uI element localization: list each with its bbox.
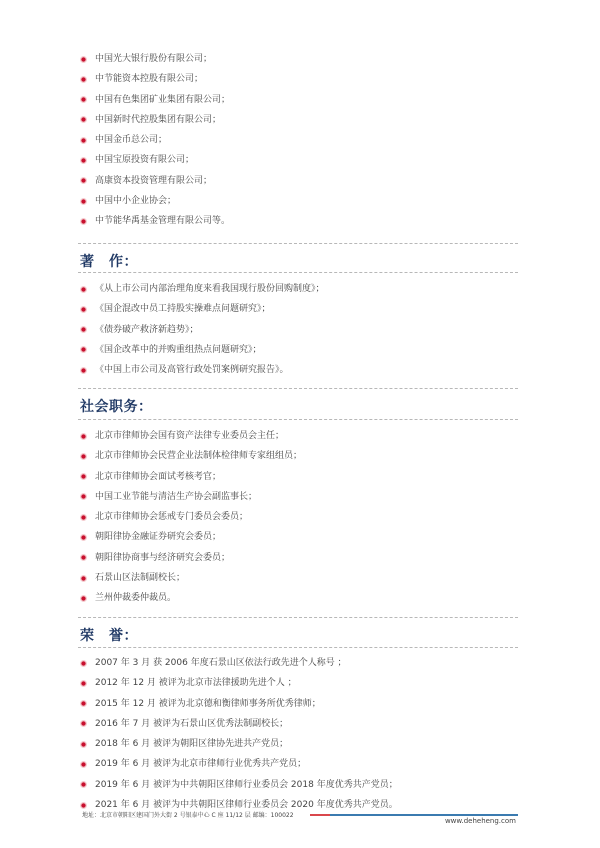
bullet-icon <box>80 306 87 313</box>
list-item: 2007 年 3 月 获 2006 年度石景山区依法行政先进个人称号 ； <box>80 653 398 673</box>
list-item: 高康资本投资管理有限公司； <box>80 171 230 191</box>
bullet-icon <box>80 177 87 184</box>
bullet-icon <box>80 493 87 500</box>
list-item: 北京市律师协会面试考核考官； <box>80 467 302 487</box>
footer-address: 地址：北京市朝阳区建国门外大街 2 号银泰中心 C 座 11/12 层 邮编：1… <box>82 810 294 819</box>
footer-accent-line-red <box>310 814 330 816</box>
list-item: 朝阳律协金融证券研究会委员； <box>80 527 302 547</box>
list-item: 中国光大银行股份有限公司； <box>80 49 230 69</box>
bullet-icon <box>80 514 87 521</box>
clients-list: 中国光大银行股份有限公司； 中节能资本控股有限公司； 中国有色集团矿业集团有限公… <box>80 49 230 232</box>
list-item: 《中国上市公司及高管行政处罚案例研究报告》。 <box>80 360 325 380</box>
bullet-icon <box>80 534 87 541</box>
bullet-icon <box>80 76 87 83</box>
bullet-icon <box>80 218 87 225</box>
list-item: 2019 年 6 月 被评为中共朝阳区律师行业委员会 2018 年度优秀共产党员… <box>80 775 398 795</box>
bullet-icon <box>80 137 87 144</box>
list-item: 中国中小企业协会； <box>80 191 230 211</box>
list-item: 2018 年 6 月 被评为朝阳区律协先进共产党员； <box>80 734 398 754</box>
list-item: 《债券破产救济新趋势》； <box>80 320 325 340</box>
section-divider <box>78 617 518 618</box>
bullet-icon <box>80 96 87 103</box>
footer-accent-line-blue <box>330 814 518 816</box>
list-item: 《从上市公司内部治理角度来看我国现行股份回购制度》； <box>80 279 325 299</box>
social-positions-list: 北京市律师协会国有资产法律专业委员会主任； 北京市律师协会民营企业法制体检律师专… <box>80 426 302 609</box>
list-item: 兰州仲裁委仲裁员。 <box>80 588 302 608</box>
bullet-icon <box>80 741 87 748</box>
list-item: 中国有色集团矿业集团有限公司； <box>80 90 230 110</box>
bullet-icon <box>80 680 87 687</box>
resume-page: 中国光大银行股份有限公司； 中节能资本控股有限公司； 中国有色集团矿业集团有限公… <box>0 0 600 848</box>
bullet-icon <box>80 575 87 582</box>
social-positions-heading: 社会职务： <box>80 396 153 416</box>
footer-website-link[interactable]: www.deheheng.com <box>445 817 516 825</box>
bullet-icon <box>80 116 87 123</box>
bullet-icon <box>80 367 87 374</box>
bullet-icon <box>80 326 87 333</box>
list-item: 石景山区法制副校长； <box>80 568 302 588</box>
honors-list: 2007 年 3 月 获 2006 年度石景山区依法行政先进个人称号 ； 201… <box>80 653 398 815</box>
list-item: 《国企改革中的并购重组热点问题研究》； <box>80 340 325 360</box>
list-item: 北京市律师协会国有资产法律专业委员会主任； <box>80 426 302 446</box>
publications-list: 《从上市公司内部治理角度来看我国现行股份回购制度》； 《国企混改中员工持股实操难… <box>80 279 325 380</box>
list-item: 中节能资本控股有限公司； <box>80 69 230 89</box>
list-item: 2015 年 12 月 被评为北京德和衡律师事务所优秀律师； <box>80 694 398 714</box>
bullet-icon <box>80 595 87 602</box>
section-divider <box>78 419 518 420</box>
bullet-icon <box>80 433 87 440</box>
honors-heading: 荣 誉： <box>80 625 138 645</box>
list-item: 北京市律师协会民营企业法制体检律师专家组组员； <box>80 446 302 466</box>
bullet-icon <box>80 761 87 768</box>
section-divider <box>78 647 518 648</box>
bullet-icon <box>80 346 87 353</box>
list-item: 2012 年 12 月 被评为北京市法律援助先进个人 ； <box>80 673 398 693</box>
section-divider <box>78 243 518 244</box>
list-item: 《国企混改中员工持股实操难点问题研究》； <box>80 299 325 319</box>
section-divider <box>78 388 518 389</box>
bullet-icon <box>80 802 87 809</box>
bullet-icon <box>80 286 87 293</box>
bullet-icon <box>80 700 87 707</box>
section-divider <box>78 272 518 273</box>
publications-heading: 著 作： <box>80 251 138 271</box>
bullet-icon <box>80 781 87 788</box>
list-item: 中国宝原投资有限公司； <box>80 150 230 170</box>
bullet-icon <box>80 56 87 63</box>
bullet-icon <box>80 720 87 727</box>
bullet-icon <box>80 453 87 460</box>
list-item: 中国工业节能与清洁生产协会副监事长； <box>80 487 302 507</box>
bullet-icon <box>80 198 87 205</box>
list-item: 中国金币总公司； <box>80 130 230 150</box>
list-item: 中国新时代控股集团有限公司； <box>80 110 230 130</box>
bullet-icon <box>80 554 87 561</box>
bullet-icon <box>80 157 87 164</box>
bullet-icon <box>80 473 87 480</box>
bullet-icon <box>80 660 87 667</box>
list-item: 2019 年 6 月 被评为北京市律师行业优秀共产党员； <box>80 754 398 774</box>
list-item: 中节能华禹基金管理有限公司等。 <box>80 211 230 231</box>
list-item: 朝阳律协商事与经济研究会委员； <box>80 548 302 568</box>
list-item: 北京市律师协会惩戒专门委员会委员； <box>80 507 302 527</box>
list-item: 2016 年 7 月 被评为石景山区优秀法制副校长； <box>80 714 398 734</box>
